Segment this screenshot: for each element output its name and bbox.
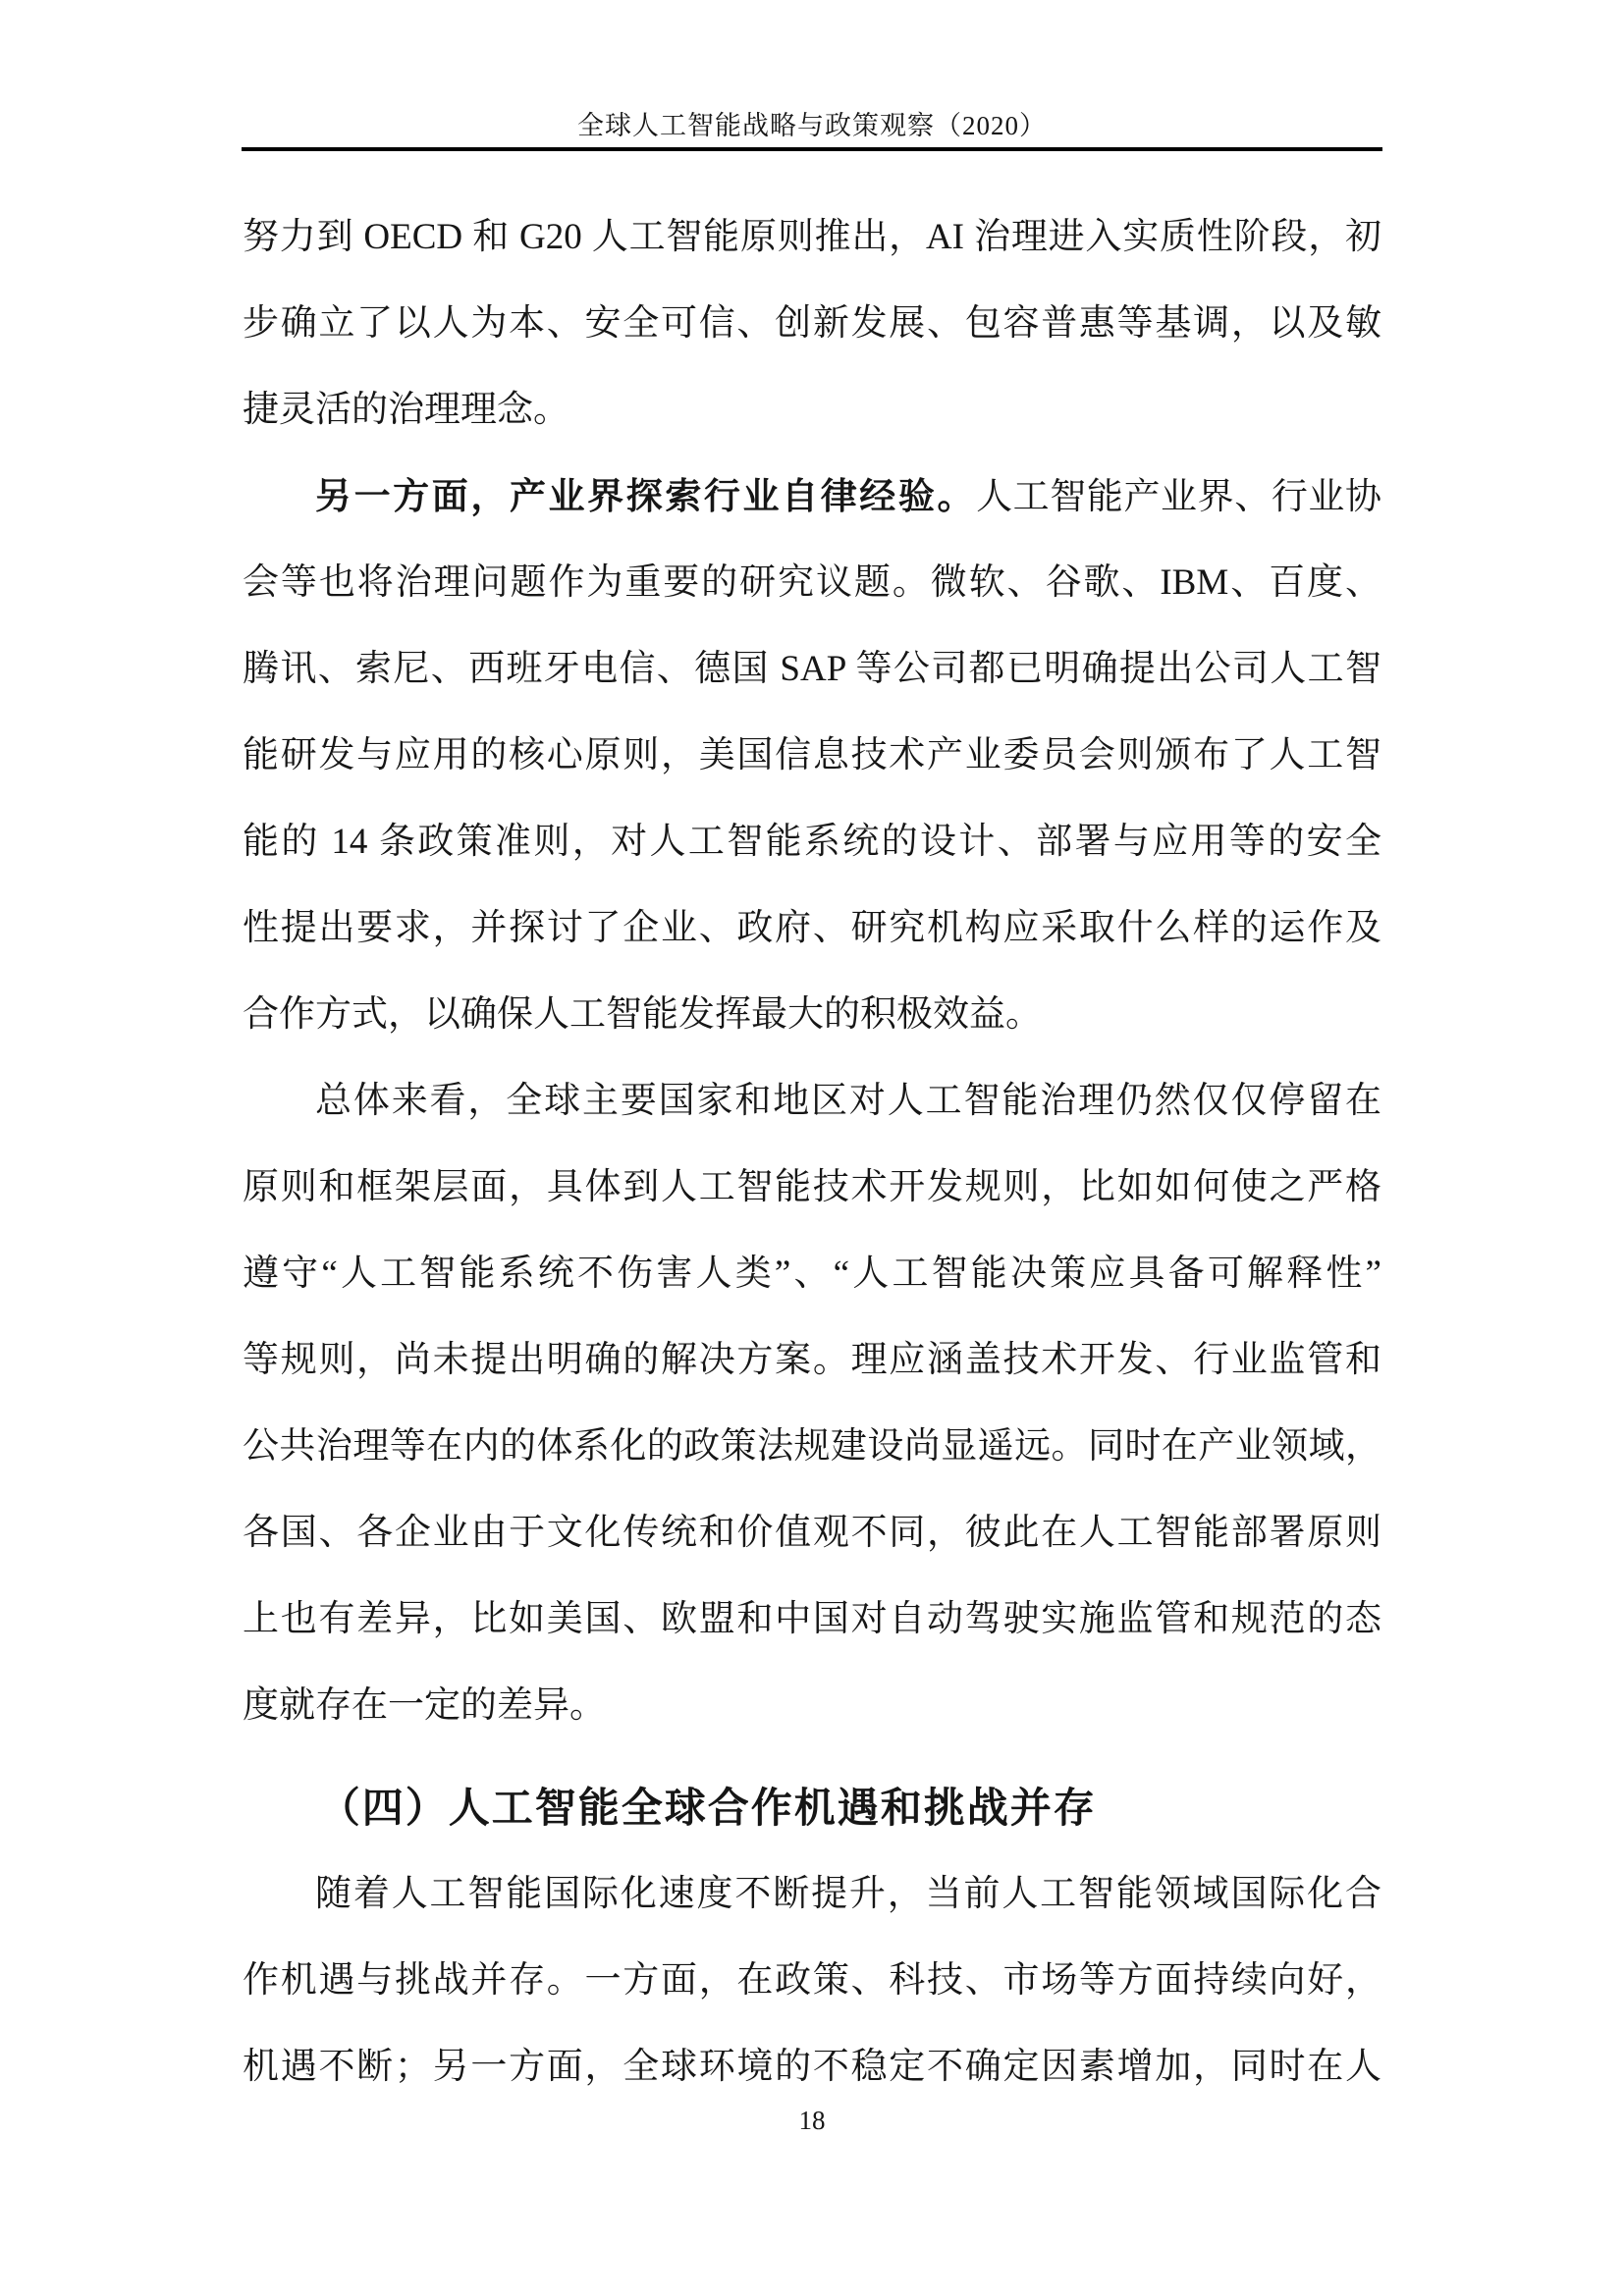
body-line: 另一方面，产业界探索行业自律经验。人工智能产业界、行业协 — [243, 454, 1381, 540]
body-line: 随着人工智能国际化速度不断提升，当前人工智能领域国际化合 — [243, 1851, 1381, 1938]
body-line: 腾讯、索尼、西班牙电信、德国 SAP 等公司都已明确提出公司人工智 — [243, 626, 1381, 713]
body-line: 努力到 OECD 和 G20 人工智能原则推出，AI 治理进入实质性阶段，初 — [243, 194, 1381, 281]
body-line-text: 人工智能产业界、行业协 — [976, 477, 1381, 517]
body-line: 作机遇与挑战并存。一方面，在政策、科技、市场等方面持续向好， — [243, 1938, 1381, 2024]
body-line: 性提出要求，并探讨了企业、政府、研究机构应采取什么样的运作及 — [243, 885, 1381, 972]
bold-lead-in: 另一方面，产业界探索行业自律经验。 — [315, 476, 976, 516]
body-line: 原则和框架层面，具体到人工智能技术开发规则，比如如何使之严格 — [243, 1145, 1381, 1231]
body-line: 上也有差异，比如美国、欧盟和中国对自动驾驶实施监管和规范的态 — [243, 1576, 1381, 1663]
section-heading: （四）人工智能全球合作机遇和挑战并存 — [243, 1765, 1381, 1851]
body-line: 捷灵活的治理理念。 — [243, 367, 1381, 454]
body-line: 会等也将治理问题作为重要的研究议题。微软、谷歌、IBM、百度、 — [243, 540, 1381, 626]
header-rule — [242, 147, 1382, 151]
body-text: 努力到 OECD 和 G20 人工智能原则推出，AI 治理进入实质性阶段，初 步… — [243, 194, 1381, 2110]
body-line: 各国、各企业由于文化传统和价值观不同，彼此在人工智能部署原则 — [243, 1490, 1381, 1576]
body-line: 机遇不断；另一方面，全球环境的不稳定不确定因素增加，同时在人 — [243, 2024, 1381, 2110]
body-line: 公共治理等在内的体系化的政策法规建设尚显遥远。同时在产业领域， — [243, 1404, 1381, 1490]
body-line: 能的 14 条政策准则，对人工智能系统的设计、部署与应用等的安全 — [243, 799, 1381, 885]
body-line: 能研发与应用的核心原则，美国信息技术产业委员会则颁布了人工智 — [243, 713, 1381, 799]
body-line: 度就存在一定的差异。 — [243, 1663, 1381, 1749]
page-number: 18 — [0, 2101, 1624, 2140]
body-line: 合作方式，以确保人工智能发挥最大的积极效益。 — [243, 972, 1381, 1058]
body-line: 步确立了以人为本、安全可信、创新发展、包容普惠等基调，以及敏 — [243, 281, 1381, 367]
page-header-title: 全球人工智能战略与政策观察（2020） — [0, 108, 1624, 143]
body-line: 总体来看，全球主要国家和地区对人工智能治理仍然仅仅停留在 — [243, 1058, 1381, 1145]
body-line: 等规则，尚未提出明确的解决方案。理应涵盖技术开发、行业监管和 — [243, 1317, 1381, 1404]
body-line: 遵守“人工智能系统不伤害人类”、“人工智能决策应具备可解释性” — [243, 1231, 1381, 1317]
document-page: 全球人工智能战略与政策观察（2020） 努力到 OECD 和 G20 人工智能原… — [0, 0, 1624, 2296]
